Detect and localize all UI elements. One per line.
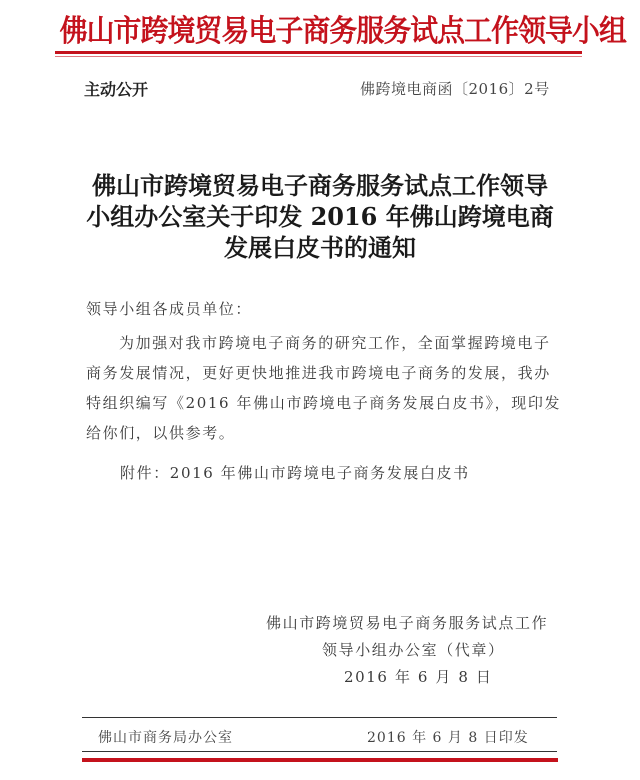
footer-bottom-rule [82,751,557,752]
paragraph-line: 特组织编写《2016 年佛山市跨境电子商务发展白皮书》，现印发 [86,388,561,418]
header-red-rule [55,51,582,54]
print-date: 2016 年 6 月 8 日印发 [367,727,529,747]
header-red-rule-thin [55,56,582,57]
paragraph-line: 商务发展情况，更好更快地推进我市跨境电子商务的发展，我办 [86,358,561,388]
paragraph-line: 为加强对我市跨境电子商务的研究工作，全面掌握跨境电子 [86,328,561,358]
title-line: 发展白皮书的通知 [70,232,570,263]
issuing-office: 佛山市商务局办公室 [98,727,233,747]
paragraph-line: 给你们，以供参考。 [86,418,561,448]
attachment-note: 附件：2016 年佛山市跨境电子商务发展白皮书 [120,462,470,483]
document-title: 佛山市跨境贸易电子商务服务试点工作领导 小组办公室关于印发 2016 年佛山跨境… [70,170,570,263]
signature-block: 佛山市跨境贸易电子商务服务试点工作 领导小组办公室（代章） 2016 年 6 月… [266,610,596,691]
signature-org-line: 佛山市跨境贸易电子商务服务试点工作 [266,610,596,637]
footer-red-rule [82,758,558,762]
title-line: 小组办公室关于印发 2016 年佛山跨境电商 [70,201,570,232]
footer-top-rule [82,717,557,718]
salutation: 领导小组各成员单位： [86,298,252,319]
issuer-banner: 佛山市跨境贸易电子商务服务试点工作领导小组 [60,6,581,50]
document-number: 佛跨境电商函〔2016〕2号 [360,78,550,99]
disclosure-label: 主动公开 [84,77,148,100]
signature-date: 2016 年 6 月 8 日 [344,664,596,691]
signature-office-line: 领导小组办公室（代章） [322,637,596,664]
body-paragraph: 为加强对我市跨境电子商务的研究工作，全面掌握跨境电子 商务发展情况，更好更快地推… [86,328,561,448]
title-line: 佛山市跨境贸易电子商务服务试点工作领导 [70,170,570,201]
